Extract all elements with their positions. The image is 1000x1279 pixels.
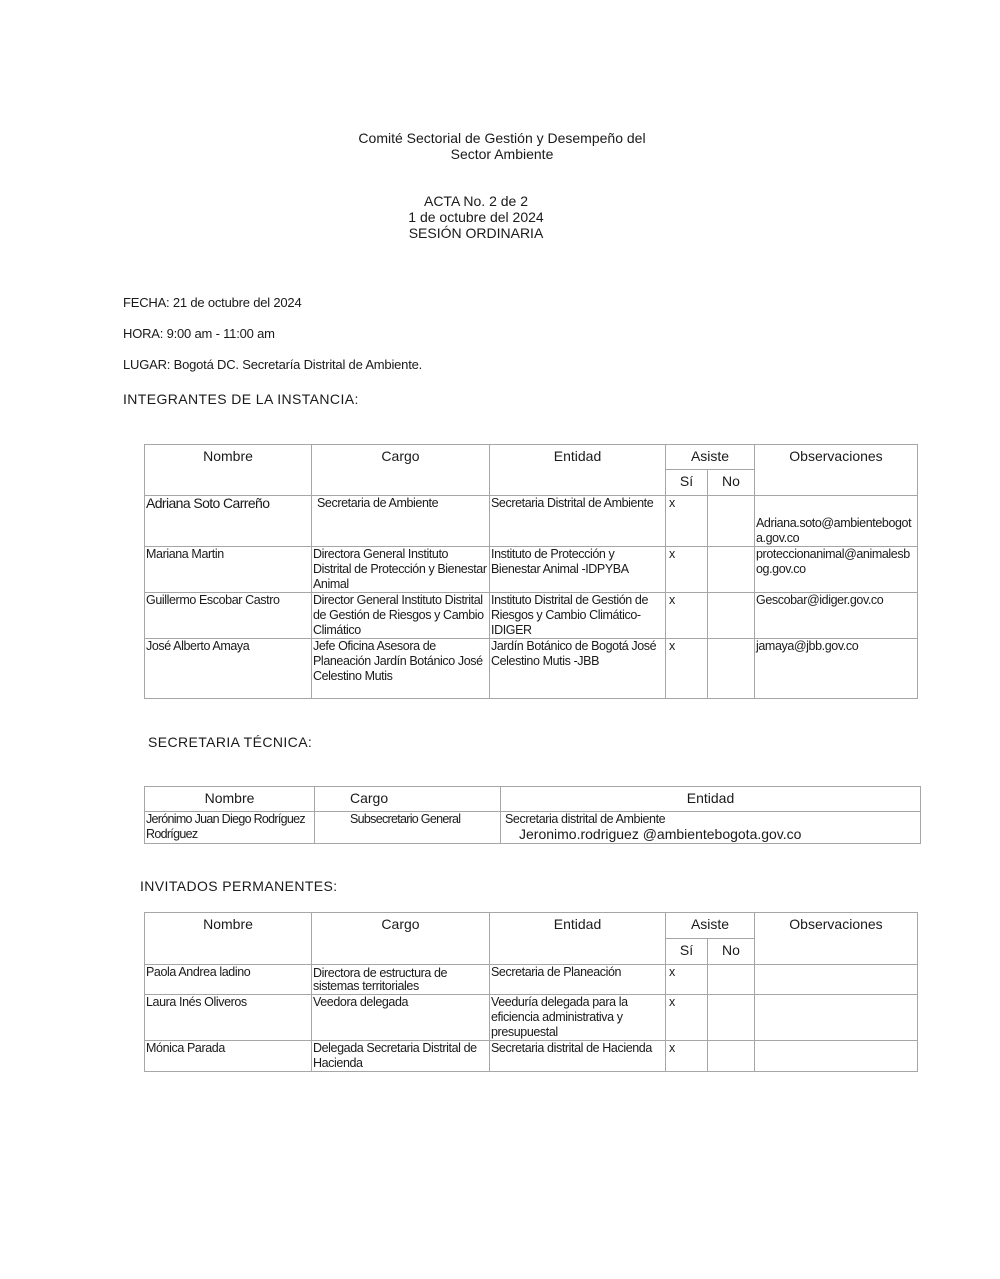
cell-si: x [666,496,708,547]
cell-nombre: Mónica Parada [145,1041,312,1072]
cell-entidad: Secretaria distrital de Hacienda [490,1041,666,1072]
secretaria-heading: SECRETARIA TÉCNICA: [148,734,312,750]
table-row: Jerónimo Juan Diego Rodríguez Rodríguez … [145,812,921,844]
cell-entidad: Secretaria distrital de Ambiente Jeronim… [501,812,921,844]
cell-no [708,547,755,593]
cell-observaciones: proteccionanimal@animalesbog.gov.co [755,547,918,593]
integrantes-heading: INTEGRANTES DE LA INSTANCIA: [123,391,359,407]
table-row: José Alberto Amaya Jefe Oficina Asesora … [145,639,918,699]
entidad-name: Secretaria distrital de Ambiente [505,812,665,826]
table-row: Mariana Martin Directora General Institu… [145,547,918,593]
header-cargo: Cargo [312,445,490,496]
cell-nombre: Paola Andrea ladino [145,965,312,995]
hora-line: HORA: 9:00 am - 11:00 am [123,326,275,341]
acta-block: ACTA No. 2 de 2 1 de octubre del 2024 SE… [0,193,976,241]
header-entidad: Entidad [490,445,666,496]
cell-entidad: Secretaria de Planeación [490,965,666,995]
header-nombre: Nombre [145,787,315,812]
cell-cargo: Secretaria de Ambiente [312,496,490,547]
cell-observaciones: jamaya@jbb.gov.co [755,639,918,699]
table-row: Mónica Parada Delegada Secretaria Distri… [145,1041,918,1072]
cell-si: x [666,639,708,699]
committee-title-line1: Comité Sectorial de Gestión y Desempeño … [2,130,1000,146]
cell-si: x [666,1041,708,1072]
header-no: No [708,939,755,965]
cell-cargo: Delegada Secretaria Distrital de Haciend… [312,1041,490,1072]
cell-observaciones: Gescobar@idiger.gov.co [755,593,918,639]
invitados-heading: INVITADOS PERMANENTES: [140,878,338,894]
header-observaciones: Observaciones [755,913,918,965]
header-nombre: Nombre [145,913,312,965]
header-si: Sí [666,939,708,965]
integrantes-table: Nombre Cargo Entidad Asiste Observacione… [144,444,918,699]
table-row: Guillermo Escobar Castro Director Genera… [145,593,918,639]
header-entidad: Entidad [501,787,921,812]
cell-no [708,496,755,547]
header-no: No [708,470,755,496]
fecha-line: FECHA: 21 de octubre del 2024 [123,295,301,310]
cell-nombre: Guillermo Escobar Castro [145,593,312,639]
secretaria-table: Nombre Cargo Entidad Jerónimo Juan Diego… [144,786,921,844]
cell-nombre: Mariana Martin [145,547,312,593]
committee-title: Comité Sectorial de Gestión y Desempeño … [2,130,1000,162]
cell-entidad: Jardín Botánico de Bogotá José Celestino… [490,639,666,699]
cell-no [708,995,755,1041]
cell-cargo: Jefe Oficina Asesora de Planeación Jardí… [312,639,490,699]
table-row: Adriana Soto Carreño Secretaria de Ambie… [145,496,918,547]
lugar-line: LUGAR: Bogotá DC. Secretaría Distrital d… [123,357,422,372]
header-entidad: Entidad [490,913,666,965]
cell-observaciones [755,1041,918,1072]
committee-title-line2: Sector Ambiente [2,146,1000,162]
cell-cargo: Subsecretario General [315,812,501,844]
cell-no [708,1041,755,1072]
cell-entidad: Instituto de Protección y Bienestar Anim… [490,547,666,593]
table-row: Paola Andrea ladino Directora de estruct… [145,965,918,995]
table-row: Laura Inés Oliveros Veedora delegada Vee… [145,995,918,1041]
cell-observaciones [755,965,918,995]
cell-entidad: Veeduría delegada para la eficiencia adm… [490,995,666,1041]
cell-no [708,965,755,995]
header-si: Sí [666,470,708,496]
cell-cargo: Veedora delegada [312,995,490,1041]
cell-observaciones: Adriana.soto@ambientebogota.gov.co [755,496,918,547]
cell-nombre: Adriana Soto Carreño [145,496,312,547]
cell-entidad: Instituto Distrital de Gestión de Riesgo… [490,593,666,639]
cell-cargo: Directora General Instituto Distrital de… [312,547,490,593]
cell-cargo: Director General Instituto Distrital de … [312,593,490,639]
header-cargo: Cargo [312,913,490,965]
header-nombre: Nombre [145,445,312,496]
header-asiste: Asiste [666,913,755,939]
cell-nombre: Laura Inés Oliveros [145,995,312,1041]
header-observaciones: Observaciones [755,445,918,496]
cell-no [708,593,755,639]
entidad-email: Jeronimo.rodriguez @ambientebogota.gov.c… [505,827,919,842]
cell-no [708,639,755,699]
cell-si: x [666,593,708,639]
header-asiste: Asiste [666,445,755,470]
cell-entidad: Secretaria Distrital de Ambiente [490,496,666,547]
cell-si: x [666,965,708,995]
cell-observaciones [755,995,918,1041]
invitados-table: Nombre Cargo Entidad Asiste Observacione… [144,912,918,1072]
cell-si: x [666,547,708,593]
session-type: SESIÓN ORDINARIA [0,225,976,241]
cell-nombre: José Alberto Amaya [145,639,312,699]
header-cargo: Cargo [315,787,501,812]
cell-nombre: Jerónimo Juan Diego Rodríguez Rodríguez [145,812,315,844]
cell-si: x [666,995,708,1041]
acta-date: 1 de octubre del 2024 [0,209,976,225]
cell-cargo: Directora de estructura de sistemas terr… [312,965,490,995]
acta-number: ACTA No. 2 de 2 [0,193,976,209]
